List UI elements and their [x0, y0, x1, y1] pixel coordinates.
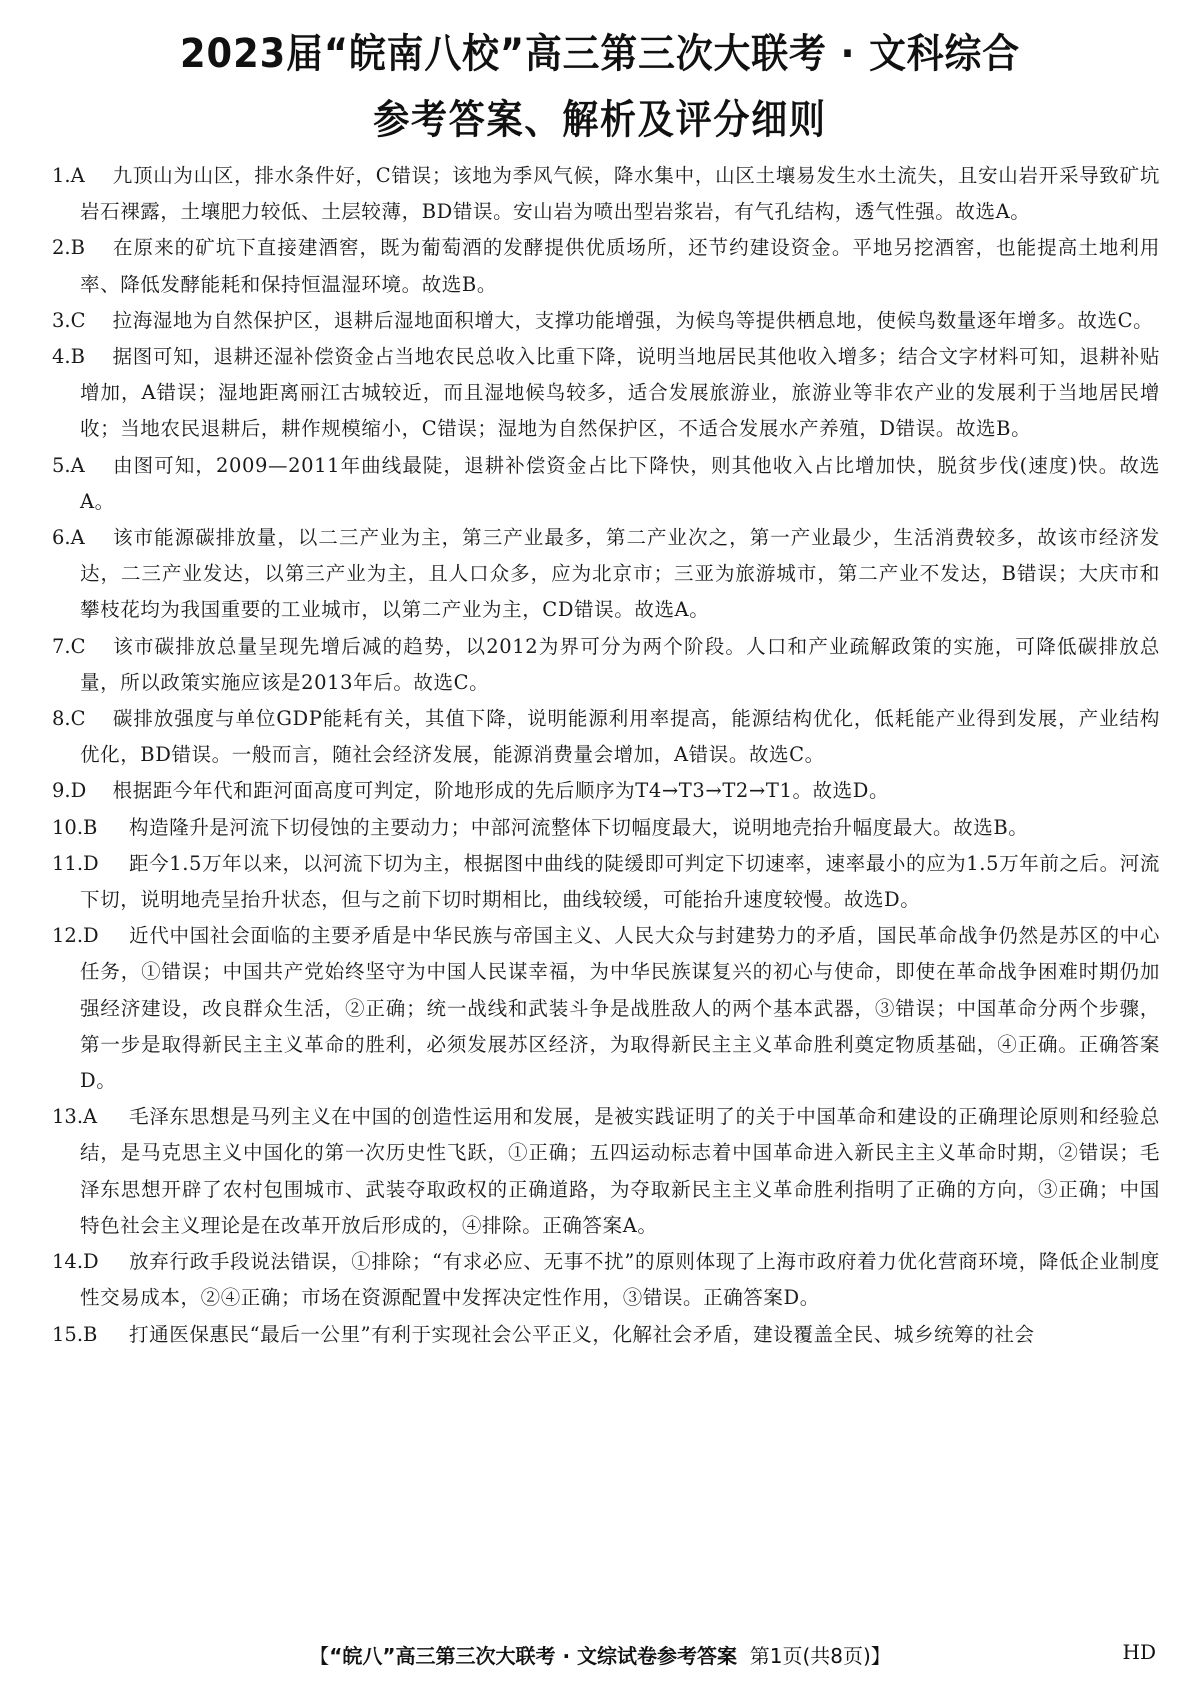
question-number: 15. — [52, 1323, 83, 1346]
document-title: 2023届“皖南八校”高三第三次大联考 · 文科综合 — [48, 22, 1152, 79]
answer-explanation: 碳排放强度与单位GDP能耗有关，其值下降，说明能源利用率提高，能源结构优化，低耗… — [80, 707, 1160, 766]
answer-choice: C — [71, 303, 113, 339]
question-number: 3. — [52, 309, 71, 332]
footer-caption: 【“皖八”高三第三次大联考 · 文综试卷参考答案 第1页(共8页)】 — [0, 1640, 1200, 1669]
answer-item-5: 5.A由图可知，2009—2011年曲线最陡，退耕补偿资金占比下降快，则其他收入… — [52, 448, 1160, 520]
answer-explanation: 距今1.5万年以来，以河流下切为主，根据图中曲线的陡缓即可判定下切速率，速率最小… — [80, 852, 1160, 911]
answer-choice: C — [71, 701, 113, 737]
answer-explanation: 毛泽东思想是马列主义在中国的创造性运用和发展，是被实践证明了的关于中国革命和建设… — [80, 1105, 1160, 1237]
answer-choice: B — [83, 810, 129, 846]
answer-item-1: 1.A九顶山为山区，排水条件好，C错误；该地为季风气候，降水集中，山区土壤易发生… — [52, 158, 1160, 230]
footer-left-bracket: 【 — [309, 1644, 329, 1668]
question-number: 9. — [52, 779, 71, 802]
answer-item-9: 9.D根据距今年代和距河面高度可判定，阶地形成的先后顺序为T4→T3→T2→T1… — [52, 773, 1160, 809]
question-number: 12. — [52, 924, 83, 947]
question-number: 7. — [52, 635, 71, 658]
answer-item-11: 11.D距今1.5万年以来，以河流下切为主，根据图中曲线的陡缓即可判定下切速率，… — [52, 846, 1160, 918]
question-number: 1. — [52, 164, 71, 187]
answer-choice: D — [71, 773, 113, 809]
question-number: 5. — [52, 454, 71, 477]
answer-explanation: 该市碳排放总量呈现先增后减的趋势，以2012为界可分为两个阶段。人口和产业疏解政… — [80, 635, 1160, 694]
answer-explanation: 放弃行政手段说法错误，①排除；“有求必应、无事不扰”的原则体现了上海市政府着力优… — [80, 1250, 1160, 1309]
question-number: 13. — [52, 1105, 83, 1128]
answer-choice: D — [83, 918, 129, 954]
answer-choice: B — [71, 230, 113, 266]
answer-item-2: 2.B在原来的矿坑下直接建酒窖，既为葡萄酒的发酵提供优质场所，还节约建设资金。平… — [52, 230, 1160, 302]
question-number: 2. — [52, 236, 71, 259]
answer-choice: A — [71, 448, 113, 484]
answer-explanation: 九顶山为山区，排水条件好，C错误；该地为季风气候，降水集中，山区土壤易发生水土流… — [80, 164, 1160, 223]
answer-explanation: 构造隆升是河流下切侵蚀的主要动力；中部河流整体下切幅度最大，说明地壳抬升幅度最大… — [129, 816, 1028, 839]
answer-item-3: 3.C拉海湿地为自然保护区，退耕后湿地面积增大，支撑功能增强，为候鸟等提供栖息地… — [52, 303, 1160, 339]
answer-choice: B — [83, 1317, 129, 1353]
answer-item-6: 6.A该市能源碳排放量，以二三产业为主，第三产业最多，第二产业次之，第一产业最少… — [52, 520, 1160, 629]
question-number: 14. — [52, 1250, 83, 1273]
footer-page-info: 第1页(共8页) — [750, 1644, 871, 1668]
answer-choice: C — [71, 629, 113, 665]
answer-item-14: 14.D放弃行政手段说法错误，①排除；“有求必应、无事不扰”的原则体现了上海市政… — [52, 1244, 1160, 1316]
question-number: 10. — [52, 816, 83, 839]
answer-explanation: 拉海湿地为自然保护区，退耕后湿地面积增大，支撑功能增强，为候鸟等提供栖息地，使候… — [113, 309, 1154, 332]
question-number: 11. — [52, 852, 83, 875]
answer-item-13: 13.A毛泽东思想是马列主义在中国的创造性运用和发展，是被实践证明了的关于中国革… — [52, 1099, 1160, 1244]
footer-code: HD — [1123, 1640, 1156, 1664]
answer-choice: B — [71, 339, 113, 375]
answer-explanation: 打通医保惠民“最后一公里”有利于实现社会公平正义，化解社会矛盾，建设覆盖全民、城… — [129, 1323, 1035, 1346]
answer-explanation: 该市能源碳排放量，以二三产业为主，第三产业最多，第二产业次之，第一产业最少，生活… — [80, 526, 1160, 621]
footer-exam-name: “皖八”高三第三次大联考 · 文综试卷参考答案 — [329, 1644, 737, 1668]
question-number: 6. — [52, 526, 71, 549]
answer-explanation: 在原来的矿坑下直接建酒窖，既为葡萄酒的发酵提供优质场所，还节约建设资金。平地另挖… — [80, 236, 1160, 295]
answer-item-12: 12.D近代中国社会面临的主要矛盾是中华民族与帝国主义、人民大众与封建势力的矛盾… — [52, 918, 1160, 1099]
answer-choice: D — [83, 846, 129, 882]
answer-item-15: 15.B打通医保惠民“最后一公里”有利于实现社会公平正义，化解社会矛盾，建设覆盖… — [52, 1317, 1160, 1353]
question-number: 8. — [52, 707, 71, 730]
answer-choice: D — [83, 1244, 129, 1280]
answer-choice: A — [71, 158, 113, 194]
answer-explanation: 近代中国社会面临的主要矛盾是中华民族与帝国主义、人民大众与封建势力的矛盾，国民革… — [80, 924, 1160, 1092]
answer-list: 1.A九顶山为山区，排水条件好，C错误；该地为季风气候，降水集中，山区土壤易发生… — [52, 158, 1160, 1353]
answer-item-7: 7.C该市碳排放总量呈现先增后减的趋势，以2012为界可分为两个阶段。人口和产业… — [52, 629, 1160, 701]
answer-choice: A — [71, 520, 113, 556]
answer-item-4: 4.B据图可知，退耕还湿补偿资金占当地农民总收入比重下降，说明当地居民其他收入增… — [52, 339, 1160, 448]
answer-explanation: 由图可知，2009—2011年曲线最陡，退耕补偿资金占比下降快，则其他收入占比增… — [80, 454, 1160, 513]
footer-right-bracket: 】 — [871, 1644, 891, 1668]
answer-item-8: 8.C碳排放强度与单位GDP能耗有关，其值下降，说明能源利用率提高，能源结构优化… — [52, 701, 1160, 773]
answer-choice: A — [83, 1099, 129, 1135]
answer-explanation: 根据距今年代和距河面高度可判定，阶地形成的先后顺序为T4→T3→T2→T1。故选… — [113, 779, 890, 802]
answer-explanation: 据图可知，退耕还湿补偿资金占当地农民总收入比重下降，说明当地居民其他收入增多；结… — [80, 345, 1160, 440]
document-subtitle: 参考答案、解析及评分细则 — [60, 88, 1140, 145]
question-number: 4. — [52, 345, 71, 368]
answer-item-10: 10.B构造隆升是河流下切侵蚀的主要动力；中部河流整体下切幅度最大，说明地壳抬升… — [52, 810, 1160, 846]
